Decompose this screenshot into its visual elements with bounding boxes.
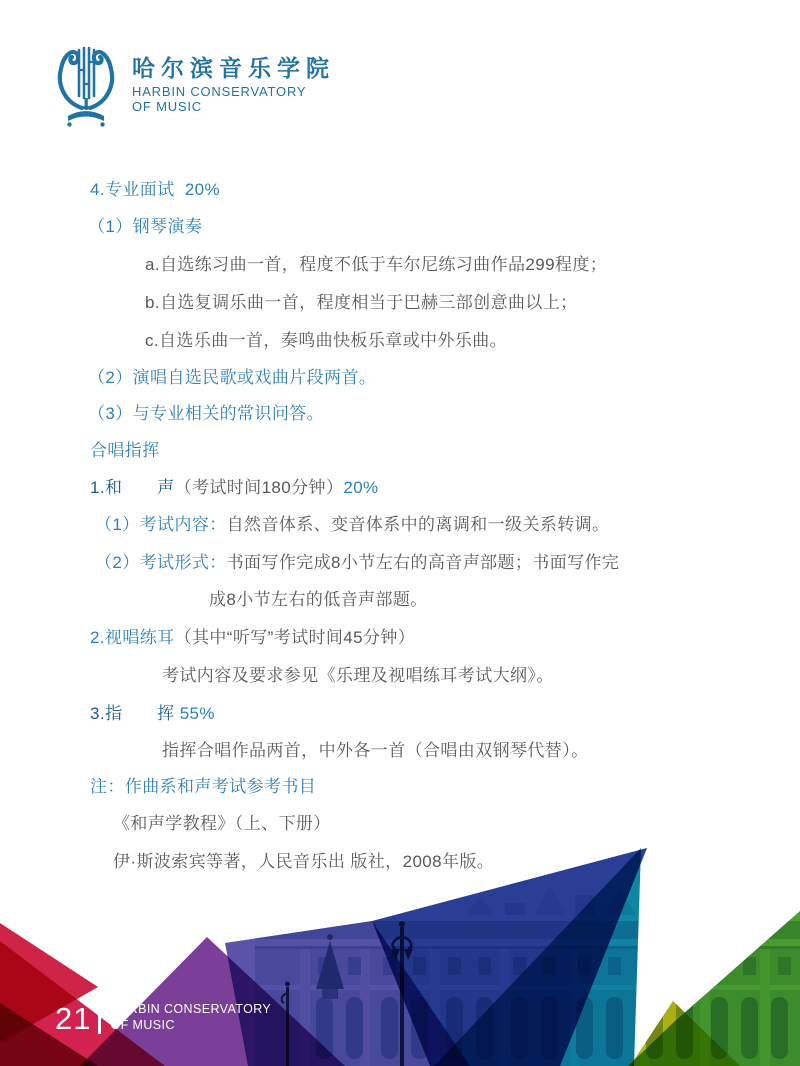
text-line: 3.指 挥 55%	[90, 704, 215, 724]
text-line: c.自选乐曲一首，奏鸣曲快板乐章或中外乐曲。	[145, 331, 507, 351]
text-segment: 20%	[343, 478, 378, 497]
text-segment: b.自选复调乐曲一首，程度相当于巴赫三部创意曲以上；	[145, 293, 578, 312]
text-segment: 指挥合唱作品两首，中外各一首（合唱由双钢琴代替）。	[162, 741, 589, 760]
text-segment: 《和声学教程》（上、下册）	[113, 814, 331, 833]
text-line: （2）演唱自选民歌或戏曲片段两首。	[88, 368, 376, 388]
org-name-block: 哈尔滨音乐学院 HARBIN CONSERVATORY OF MUSIC	[132, 56, 335, 115]
text-line: b.自选复调乐曲一首，程度相当于巴赫三部创意曲以上；	[145, 293, 578, 313]
text-segment: 考试内容及要求参见《乐理及视唱练耳考试大纲》。	[162, 666, 554, 685]
text-segment: 4.专业面试 20%	[90, 180, 220, 199]
footer-org-name: HARBIN CONSERVATORY OF MUSIC	[110, 1002, 271, 1033]
header: 哈尔滨音乐学院 HARBIN CONSERVATORY OF MUSIC	[54, 36, 335, 132]
text-segment: 合唱指挥	[90, 441, 160, 460]
text-segment: 自然音体系、变音体系中的离调和一级关系转调。	[227, 515, 610, 534]
org-name-en: HARBIN CONSERVATORY OF MUSIC	[132, 85, 335, 115]
text-segment: （2）演唱自选民歌或戏曲片段两首。	[88, 368, 376, 387]
text-segment: （考试时间180分钟）	[175, 478, 344, 497]
text-line: 合唱指挥	[90, 441, 160, 461]
text-segment: （其中“听写”考试时间45分钟）	[175, 628, 416, 647]
text-segment: （1）钢琴演奏	[88, 217, 202, 236]
text-line: 1.和 声（考试时间180分钟）20%	[90, 478, 379, 498]
text-line: 注：作曲系和声考试参考书目	[90, 777, 316, 797]
document-page: 哈尔滨音乐学院 HARBIN CONSERVATORY OF MUSIC 4.专…	[0, 0, 800, 1066]
text-line: （1）钢琴演奏	[88, 217, 202, 237]
text-segment: 3.指 挥	[90, 704, 180, 723]
footer-divider	[98, 1002, 101, 1034]
text-line: 指挥合唱作品两首，中外各一首（合唱由双钢琴代替）。	[162, 741, 589, 761]
text-segment: 1.和 声	[90, 478, 175, 497]
text-line: 4.专业面试 20%	[90, 180, 220, 200]
footer: 21 HARBIN CONSERVATORY OF MUSIC	[55, 1002, 271, 1034]
text-segment: 2.视唱练耳	[90, 628, 175, 647]
lyre-icon	[54, 36, 118, 132]
text-line: （3）与专业相关的常识问答。	[88, 404, 324, 424]
page-number: 21	[55, 1003, 91, 1034]
text-segment: （3）与专业相关的常识问答。	[88, 404, 324, 423]
text-segment: a.自选练习曲一首，程度不低于车尔尼练习曲作品299程度；	[145, 255, 607, 274]
text-segment: 书面写作完成8小节左右的高音声部题；书面写作完	[227, 553, 620, 572]
text-segment: 注：作曲系和声考试参考书目	[90, 777, 316, 796]
text-line: （1）考试内容：自然音体系、变音体系中的离调和一级关系转调。	[95, 515, 609, 535]
text-line: 《和声学教程》（上、下册）	[113, 814, 331, 834]
text-segment: 成8小节左右的低音声部题。	[209, 590, 428, 609]
text-segment: 55%	[180, 704, 215, 723]
text-line: 考试内容及要求参见《乐理及视唱练耳考试大纲》。	[162, 666, 554, 686]
org-name-cn: 哈尔滨音乐学院	[132, 56, 335, 81]
text-segment: c.自选乐曲一首，奏鸣曲快板乐章或中外乐曲。	[145, 331, 507, 350]
text-segment: （1）考试内容：	[95, 515, 227, 534]
text-line: （2）考试形式：书面写作完成8小节左右的高音声部题；书面写作完	[95, 553, 619, 573]
text-line: a.自选练习曲一首，程度不低于车尔尼练习曲作品299程度；	[145, 255, 607, 275]
mosaic-quad-green	[628, 911, 800, 1066]
text-line: 成8小节左右的低音声部题。	[209, 590, 428, 610]
text-segment: （2）考试形式：	[95, 553, 227, 572]
text-line: 2.视唱练耳（其中“听写”考试时间45分钟）	[90, 628, 415, 648]
